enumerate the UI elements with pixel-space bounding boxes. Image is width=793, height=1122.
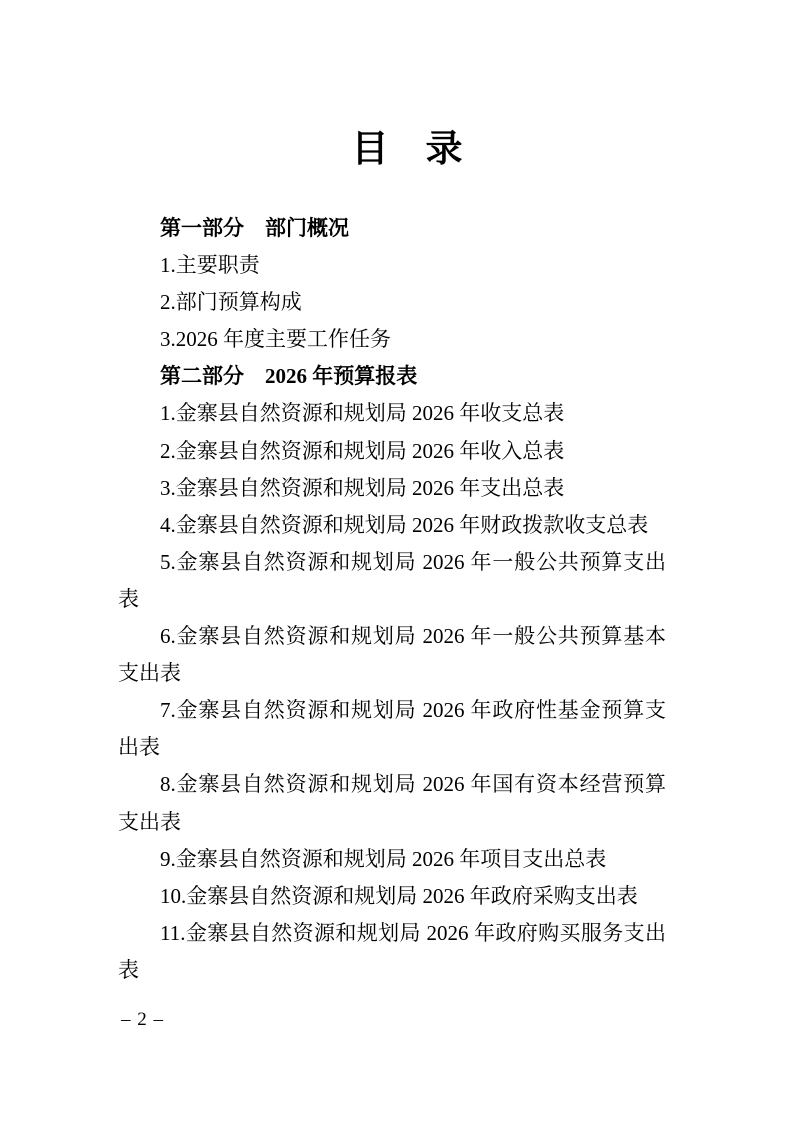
toc-item-part2-4: 4.金寨县自然资源和规划局 2026 年财政拨款收支总表 [118,507,666,544]
toc-item-part1-1: 1.主要职责 [118,247,666,284]
toc-item-part2-3: 3.金寨县自然资源和规划局 2026 年支出总表 [118,470,666,507]
toc-item-part2-11: 11.金寨县自然资源和规划局 2026 年政府购买服务支出表 [118,915,666,989]
toc-item-part2-10: 10.金寨县自然资源和规划局 2026 年政府采购支出表 [118,878,666,915]
section-heading-part1: 第一部分 部门概况 [118,210,666,247]
toc-item-part2-2: 2.金寨县自然资源和规划局 2026 年收入总表 [118,433,666,470]
table-of-contents: 第一部分 部门概况 1.主要职责 2.部门预算构成 3.2026 年度主要工作任… [118,210,666,989]
page-number: – 2 – [121,1008,164,1032]
toc-item-part1-2: 2.部门预算构成 [118,284,666,321]
section-heading-part2: 第二部分 2026 年预算报表 [118,358,666,395]
toc-item-part2-6: 6.金寨县自然资源和规划局 2026 年一般公共预算基本支出表 [118,618,666,692]
toc-item-part2-7: 7.金寨县自然资源和规划局 2026 年政府性基金预算支出表 [118,692,666,766]
toc-item-part1-3: 3.2026 年度主要工作任务 [118,321,666,358]
document-page: 目 录 第一部分 部门概况 1.主要职责 2.部门预算构成 3.2026 年度主… [0,0,793,1122]
toc-item-part2-5: 5.金寨县自然资源和规划局 2026 年一般公共预算支出表 [118,544,666,618]
page-title: 目 录 [133,126,681,172]
toc-item-part2-9: 9.金寨县自然资源和规划局 2026 年项目支出总表 [118,841,666,878]
toc-item-part2-1: 1.金寨县自然资源和规划局 2026 年收支总表 [118,395,666,432]
toc-item-part2-8: 8.金寨县自然资源和规划局 2026 年国有资本经营预算支出表 [118,766,666,840]
